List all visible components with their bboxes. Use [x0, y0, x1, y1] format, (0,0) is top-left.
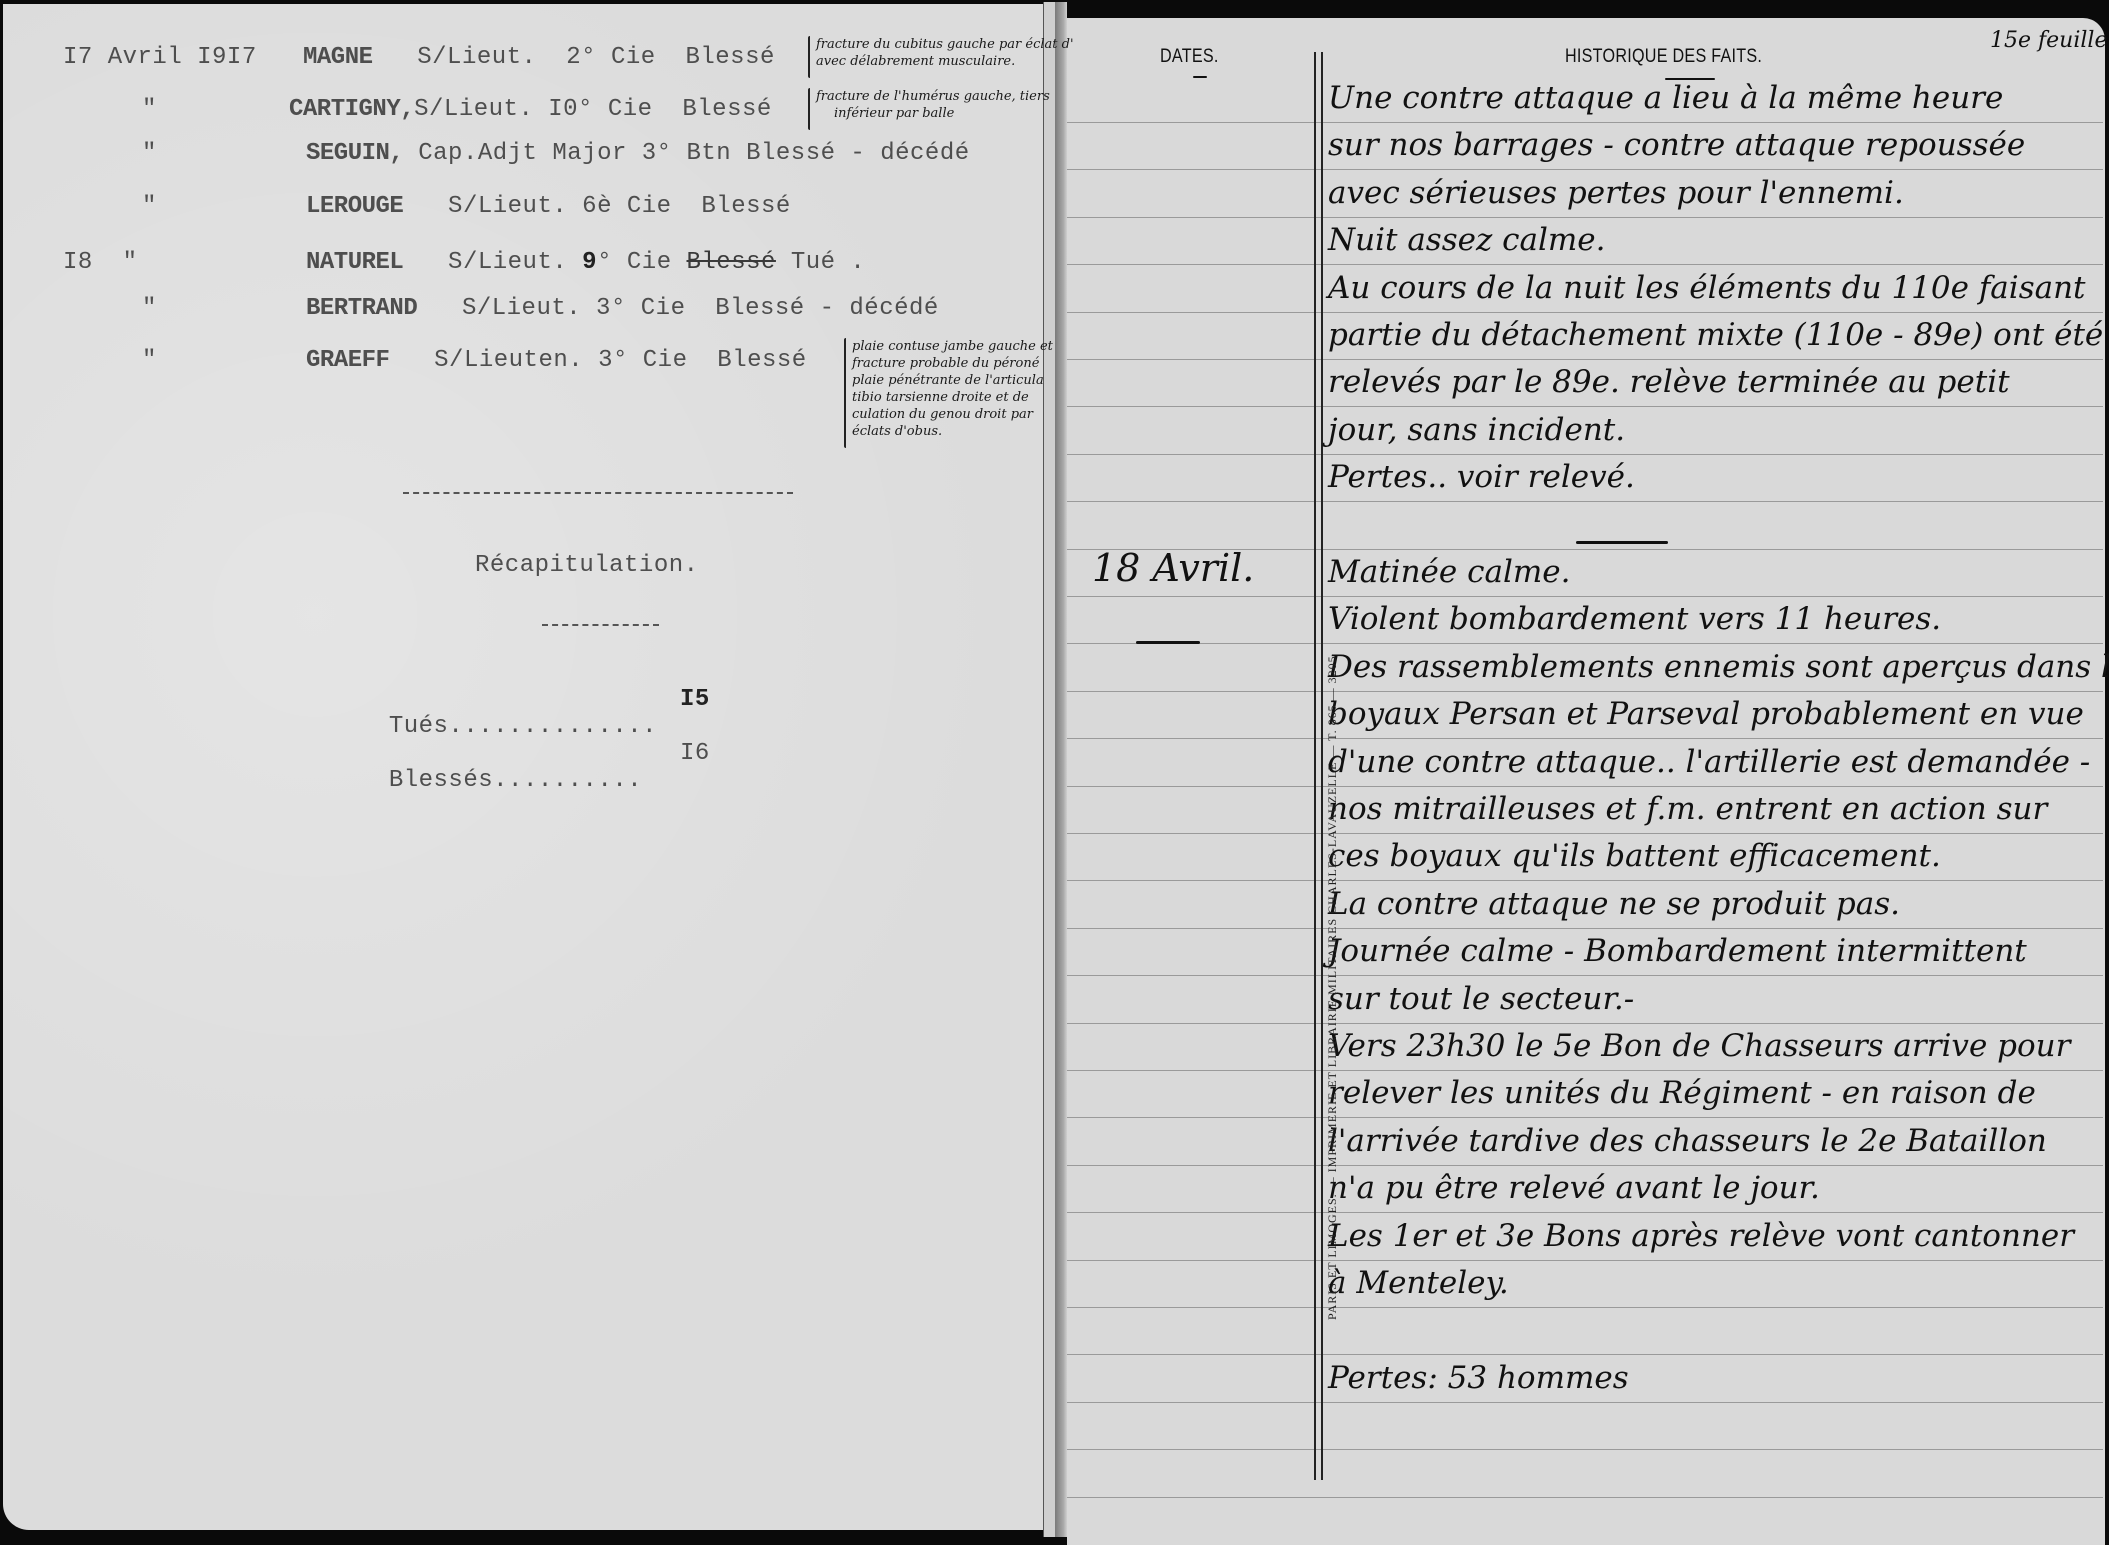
ruled-line	[1067, 406, 2103, 407]
recap-title: Récapitulation.	[475, 552, 699, 579]
handwritten-annotation: plaie contuse jambe gauche et	[852, 338, 1053, 355]
journal-line: jour, sans incident.	[1328, 412, 1625, 448]
annotation-brace	[844, 338, 846, 448]
casualty-text-post: Tué .	[776, 249, 865, 276]
casualty-row: NATUREL S/Lieut. 9° Cie Blessé Tué .	[306, 249, 865, 276]
recap-killed-dots: ..............	[448, 713, 657, 740]
ruled-line	[1067, 454, 2103, 455]
journal-line: sur tout le secteur.-	[1328, 981, 1634, 1017]
recap-wounded-dots: ..........	[493, 767, 642, 794]
casualty-details: S/Lieuten. 3° Cie Blessé	[434, 347, 807, 374]
ruled-line	[1067, 1117, 2103, 1118]
journal-line: sur nos barrages - contre attaque repous…	[1328, 127, 2025, 163]
casualty-row: CARTIGNY,S/Lieut. I0° Cie Blessé	[289, 96, 772, 123]
printer-imprint: PARIS ET LIMOGES. — IMPRIMERIE ET LIBRAI…	[1325, 655, 1340, 1320]
ruled-line	[1067, 1402, 2103, 1403]
casualty-name: CARTIGNY,	[289, 96, 414, 123]
ruled-line	[1067, 833, 2103, 834]
journal-line: Journée calme - Bombardement intermitten…	[1328, 933, 2027, 969]
ruled-line	[1067, 1260, 2103, 1261]
journal-line: Des rassemblements ennemis sont aperçus …	[1328, 649, 2109, 685]
recap-killed-label: Tués	[389, 713, 449, 740]
ruled-line	[1067, 1212, 2103, 1213]
journal-line: relever les unités du Régiment - en rais…	[1328, 1075, 2036, 1111]
ruled-line	[1067, 1449, 2103, 1450]
handwritten-annotation: avec délabrement musculaire.	[816, 53, 1015, 70]
journal-line: ces boyaux qu'ils battent efficacement.	[1328, 838, 1941, 874]
casualty-row: BERTRAND S/Lieut. 3° Cie Blessé - décédé	[306, 295, 939, 322]
casualty-date: "	[142, 193, 157, 220]
annotation-brace	[808, 36, 810, 78]
casualty-date: "	[142, 96, 157, 123]
journal-line: Matinée calme.	[1328, 554, 1570, 590]
ruled-line	[1067, 501, 2103, 502]
journal-line: l'arrivée tardive des chasseurs le 2e Ba…	[1328, 1123, 2047, 1159]
ruled-line	[1067, 122, 2103, 123]
ruled-line	[1067, 880, 2103, 881]
journal-line: à Menteley.	[1328, 1265, 1509, 1301]
journal-line: Les 1er et 3e Bons après relève vont can…	[1328, 1218, 2074, 1254]
casualty-date: "	[142, 347, 157, 374]
journal-line: Vers 23h30 le 5e Bon de Chasseurs arrive…	[1328, 1028, 2070, 1064]
casualty-name: LEROUGE	[306, 193, 403, 220]
journal-line: boyaux Persan et Parseval probablement e…	[1328, 696, 2084, 732]
entry-separator	[1576, 541, 1668, 544]
journal-line: relevés par le 89e. relève terminée au p…	[1328, 364, 2010, 400]
casualty-date: I8 "	[63, 249, 138, 276]
journal-line: n'a pu être relevé avant le jour.	[1328, 1170, 1820, 1206]
casualty-name: GRAEFF	[306, 347, 389, 374]
casualty-date: I7 Avril I9I7	[63, 44, 257, 71]
gutter-shadow	[1055, 2, 1067, 1537]
ruled-line	[1067, 217, 2103, 218]
ruled-line	[1067, 312, 2103, 313]
ruled-line	[1067, 738, 2103, 739]
recap-killed-value: I5	[680, 686, 710, 713]
handwritten-annotation: inférieur par balle	[834, 105, 954, 122]
ruled-line	[1067, 1354, 2103, 1355]
ruled-line	[1067, 928, 2103, 929]
ruled-line	[1067, 264, 2103, 265]
ruled-line	[1067, 975, 2103, 976]
recap-wounded-value: I6	[680, 740, 710, 767]
recap-wounded-label: Blessés	[389, 767, 493, 794]
journal-line: La contre attaque ne se produit pas.	[1328, 886, 1900, 922]
journal-line: Pertes: 53 hommes	[1328, 1360, 1629, 1396]
journal-line: nos mitrailleuses et f.m. entrent en act…	[1328, 791, 2047, 827]
casualty-name: NATUREL	[306, 249, 403, 276]
handwritten-annotation: culation du genou droit par	[852, 406, 1033, 423]
casualty-details: S/Lieut. 3° Cie Blessé - décédé	[462, 295, 939, 322]
ruled-line	[1067, 1023, 2103, 1024]
handwritten-annotation: éclats d'obus.	[852, 423, 942, 440]
casualty-row: LEROUGE S/Lieut. 6è Cie Blessé	[306, 193, 791, 220]
dates-header-underline	[1193, 76, 1207, 78]
casualty-date: "	[142, 140, 157, 167]
journal-line: Violent bombardement vers 11 heures.	[1328, 601, 1941, 637]
ruled-line	[1067, 786, 2103, 787]
journal-line: Nuit assez calme.	[1328, 222, 1606, 258]
casualty-row: GRAEFF S/Lieuten. 3° Cie Blessé	[306, 347, 807, 374]
column-divider-line-1	[1314, 52, 1316, 1480]
casualty-text-pre: S/Lieut.	[448, 249, 582, 276]
casualty-date: "	[142, 295, 157, 322]
ruled-line	[1067, 596, 2103, 597]
facts-column-header: HISTORIQUE DES FAITS.	[1565, 46, 1762, 68]
casualty-details: S/Lieut. 2° Cie Blessé	[417, 44, 775, 71]
ruled-line	[1067, 169, 2103, 170]
ruled-line	[1067, 359, 2103, 360]
handwritten-annotation: fracture de l'humérus gauche, tiers	[816, 88, 1050, 105]
casualty-row: SEGUIN, Cap.Adjt Major 3° Btn Blessé - d…	[306, 140, 970, 167]
handwritten-annotation: fracture du cubitus gauche par éclat d'	[816, 36, 1074, 53]
journal-line: avec sérieuses pertes pour l'ennemi.	[1328, 175, 1904, 211]
section-divider	[403, 492, 793, 494]
journal-line: Une contre attaque a lieu à la même heur…	[1328, 80, 2003, 116]
casualty-details: S/Lieut. 6è Cie Blessé	[448, 193, 791, 220]
casualty-details: S/Lieut. I0° Cie Blessé	[414, 96, 772, 123]
casualty-text-bold: 9	[582, 249, 597, 276]
ruled-line	[1067, 1497, 2103, 1498]
handwritten-annotation: tibio tarsienne droite et de	[852, 389, 1029, 406]
annotation-brace	[808, 88, 810, 130]
ruled-line	[1067, 691, 2103, 692]
journal-line: d'une contre attaque.. l'artillerie est …	[1328, 744, 2090, 780]
handwritten-annotation: plaie pénétrante de l'articula	[852, 372, 1044, 389]
casualty-text-mid: ° Cie	[597, 249, 686, 276]
casualty-name: MAGNE	[303, 44, 373, 71]
ruled-line	[1067, 1165, 2103, 1166]
casualty-name: BERTRAND	[306, 295, 417, 322]
journal-line: Pertes.. voir relevé.	[1328, 459, 1635, 495]
sheet-number: 15e feuillet	[1990, 28, 2109, 53]
ruled-line	[1067, 1070, 2103, 1071]
journal-date: 18 Avril.	[1092, 546, 1254, 590]
ruled-line	[1067, 1307, 2103, 1308]
casualty-name: SEGUIN,	[306, 140, 403, 167]
recap-divider	[542, 624, 659, 626]
journal-line: Au cours de la nuit les éléments du 110e…	[1328, 270, 2086, 306]
journal-line: partie du détachement mixte (110e - 89e)…	[1328, 317, 2103, 353]
casualty-row: MAGNE S/Lieut. 2° Cie Blessé	[303, 44, 775, 71]
casualty-text-struck: Blessé	[687, 249, 776, 276]
handwritten-annotation: fracture probable du péroné	[852, 355, 1039, 372]
ruled-line	[1067, 643, 2103, 644]
recap-killed-row: Tués..............	[359, 686, 657, 740]
dates-column-header: DATES.	[1160, 46, 1219, 68]
casualty-details: Cap.Adjt Major 3° Btn Blessé - décédé	[418, 140, 969, 167]
date-separator	[1136, 641, 1200, 644]
recap-wounded-row: Blessés..........	[359, 740, 642, 794]
column-divider-line-2	[1321, 52, 1323, 1480]
